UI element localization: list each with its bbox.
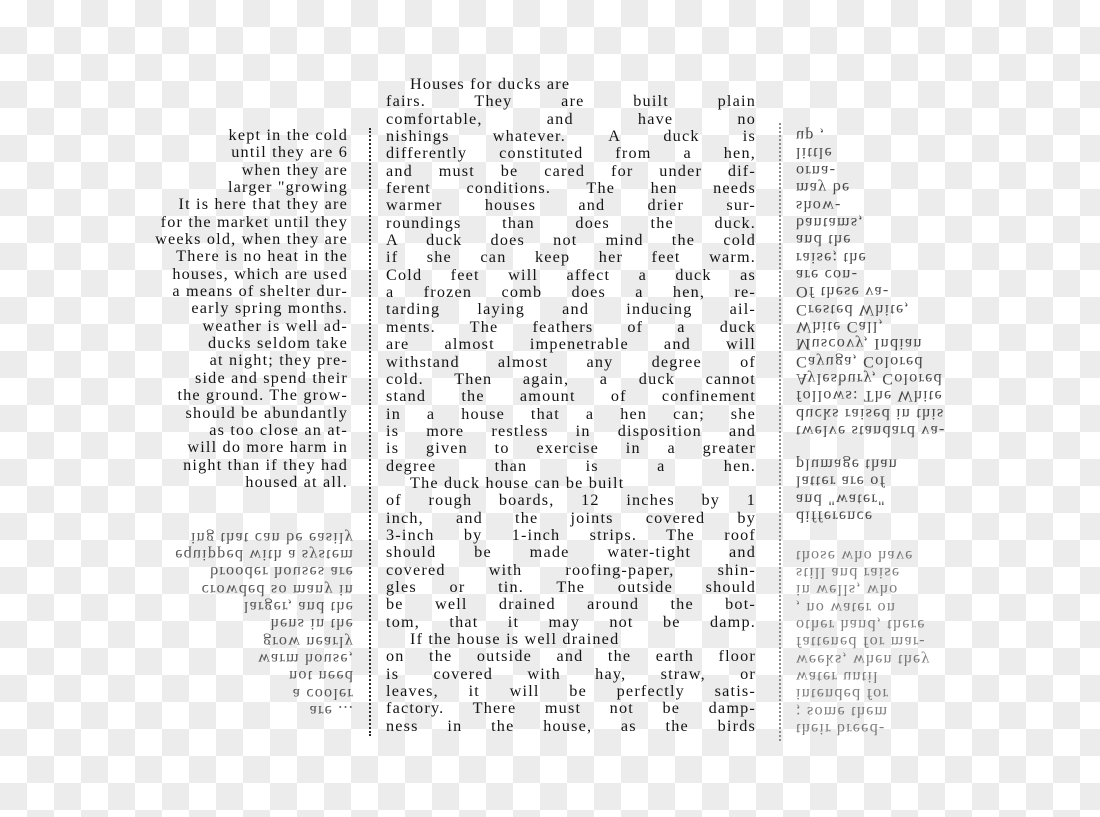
text-line: warmer houses and drier sur-	[386, 197, 756, 214]
text-line: Crested White,	[796, 300, 1056, 317]
text-line: up ,	[796, 127, 1056, 144]
text-line: Of these va-	[796, 283, 1056, 300]
text-line: kept in the cold	[56, 127, 348, 144]
text-line: If the house is well drained	[386, 631, 756, 648]
text-line: those who have	[796, 546, 1056, 563]
text-line: larger, and the	[78, 597, 354, 614]
text-line: twelve standard va-	[796, 422, 1056, 439]
text-line: A duck does not mind the cold	[386, 232, 756, 249]
text-line: raise; the	[796, 248, 1056, 265]
text-line: , no water on	[796, 598, 1056, 615]
text-line: inch, and the joints covered by	[386, 510, 756, 527]
text-line: Houses for ducks are	[386, 76, 756, 93]
text-line: ing that can be easily	[78, 528, 354, 545]
text-line: should be made water-tight and	[386, 544, 756, 561]
right-flipped-text-middle: differenceand "water"latter are ofplumag…	[796, 455, 1056, 524]
text-line: ments. The feathers of a duck	[386, 319, 756, 336]
text-line: ness in the house, as the birds	[386, 718, 756, 735]
column-rule-right	[779, 123, 781, 741]
text-line: ferent conditions. The hen needs	[386, 180, 756, 197]
text-line: is more restless in disposition and	[386, 423, 756, 440]
text-line: not need	[78, 667, 354, 684]
text-line: There is no heat in the	[56, 248, 348, 265]
text-line: covered with roofing-paper, shin-	[386, 562, 756, 579]
text-line: It is here that they are	[56, 196, 348, 213]
text-line: ; some them	[796, 702, 1056, 719]
text-line: and must be cared for under dif-	[386, 163, 756, 180]
text-line: grow nearly	[78, 632, 354, 649]
text-line: are con-	[796, 266, 1056, 283]
text-line: in a house that a hen can; she	[386, 406, 756, 423]
text-line: should be abundantly	[56, 405, 348, 422]
text-line: weather is well ad-	[56, 318, 348, 335]
text-line: orna-	[796, 162, 1056, 179]
text-line: the ground. The grow-	[56, 387, 348, 404]
text-line: housed at all.	[56, 474, 348, 491]
center-text-column: Houses for ducks arefairs. They are buil…	[386, 76, 756, 735]
text-line: tarding laying and inducing ail-	[386, 301, 756, 318]
text-line: fairs. They are built plain	[386, 93, 756, 110]
text-line: a frozen comb does a hen, re-	[386, 284, 756, 301]
text-line: nishings whatever. A duck is	[386, 128, 756, 145]
right-flipped-text-bottom: their breed-; some themintended forwater…	[796, 546, 1056, 737]
text-line: withstand almost any degree of	[386, 354, 756, 371]
text-line: tom, that it may not be damp.	[386, 614, 756, 631]
text-line: other hand, there	[796, 615, 1056, 632]
text-line: still and raise	[796, 563, 1056, 580]
text-line: comfortable, and have no	[386, 111, 756, 128]
text-line: until they are 6	[56, 144, 348, 161]
text-line: Muscovy, Indian	[796, 335, 1056, 352]
text-line: The duck house can be built	[386, 475, 756, 492]
text-line: leaves, it will be perfectly satis-	[386, 683, 756, 700]
text-line: water until	[796, 667, 1056, 684]
text-line: gles or tin. The outside should	[386, 579, 756, 596]
text-line: larger "growing	[56, 179, 348, 196]
text-line: may be	[796, 179, 1056, 196]
text-line: and the	[796, 231, 1056, 248]
text-line: are ...	[78, 701, 354, 718]
text-line: be well drained around the bot-	[386, 596, 756, 613]
text-line: of rough boards, 12 inches by 1	[386, 492, 756, 509]
text-line: 3-inch by 1-inch strips. The roof	[386, 527, 756, 544]
text-line: bantams,	[796, 214, 1056, 231]
text-line: will do more harm in	[56, 439, 348, 456]
text-line: in wells, who	[796, 581, 1056, 598]
text-line: their breed-	[796, 719, 1056, 736]
text-line: night than if they had	[56, 457, 348, 474]
text-line: stand the amount of confinement	[386, 388, 756, 405]
text-line: crowded so many in	[78, 580, 354, 597]
left-flipped-text-block: are ...a coolernot needwarm house,grow n…	[78, 528, 354, 719]
text-line: little	[796, 144, 1056, 161]
text-line: fattened for mar-	[796, 633, 1056, 650]
text-line: White Call,	[796, 318, 1056, 335]
right-flipped-text-top: twelve standard va-ducks raised in thisf…	[796, 127, 1056, 439]
text-line: early spring months.	[56, 300, 348, 317]
text-line: latter are of	[796, 472, 1056, 489]
text-line: at night; they pre-	[56, 352, 348, 369]
text-line: is given to exercise in a greater	[386, 440, 756, 457]
text-line: weeks old, when they are	[56, 231, 348, 248]
text-line: and "water"	[796, 490, 1056, 507]
text-line: when they are	[56, 162, 348, 179]
text-line: a means of shelter dur-	[56, 283, 348, 300]
text-line: ducks seldom take	[56, 335, 348, 352]
text-line: a cooler	[78, 684, 354, 701]
text-line: equipped with a system	[78, 545, 354, 562]
text-line: degree than is a hen.	[386, 458, 756, 475]
text-line: roundings than does the duck.	[386, 215, 756, 232]
text-line: Cold feet will affect a duck as	[386, 267, 756, 284]
text-line: are almost impenetrable and will	[386, 336, 756, 353]
text-line: brooder houses are	[78, 563, 354, 580]
text-line: hens in the	[78, 615, 354, 632]
text-line: factory. There must not be damp-	[386, 700, 756, 717]
text-line: Aylesbury, Colored	[796, 370, 1056, 387]
left-text-column: kept in the colduntil they are 6when the…	[56, 127, 348, 491]
text-line: side and spend their	[56, 370, 348, 387]
text-line: warm house,	[78, 649, 354, 666]
text-line: show-	[796, 196, 1056, 213]
column-rule-left	[369, 128, 371, 736]
text-line: plumage than	[796, 455, 1056, 472]
text-line: difference	[796, 507, 1056, 524]
text-line: if she can keep her feet warm.	[386, 249, 756, 266]
text-line: follows: The White	[796, 387, 1056, 404]
text-line: cold. Then again, a duck cannot	[386, 371, 756, 388]
text-line: ducks raised in this	[796, 405, 1056, 422]
text-line: as too close an at-	[56, 422, 348, 439]
text-line: for the market until they	[56, 214, 348, 231]
text-line: weeks, when they	[796, 650, 1056, 667]
text-line: on the outside and the earth floor	[386, 648, 756, 665]
text-line: is covered with hay, straw, or	[386, 666, 756, 683]
text-line: intended for	[796, 685, 1056, 702]
text-line: differently constituted from a hen,	[386, 145, 756, 162]
text-line: Cayuga, Colored	[796, 352, 1056, 369]
text-line: houses, which are used	[56, 266, 348, 283]
